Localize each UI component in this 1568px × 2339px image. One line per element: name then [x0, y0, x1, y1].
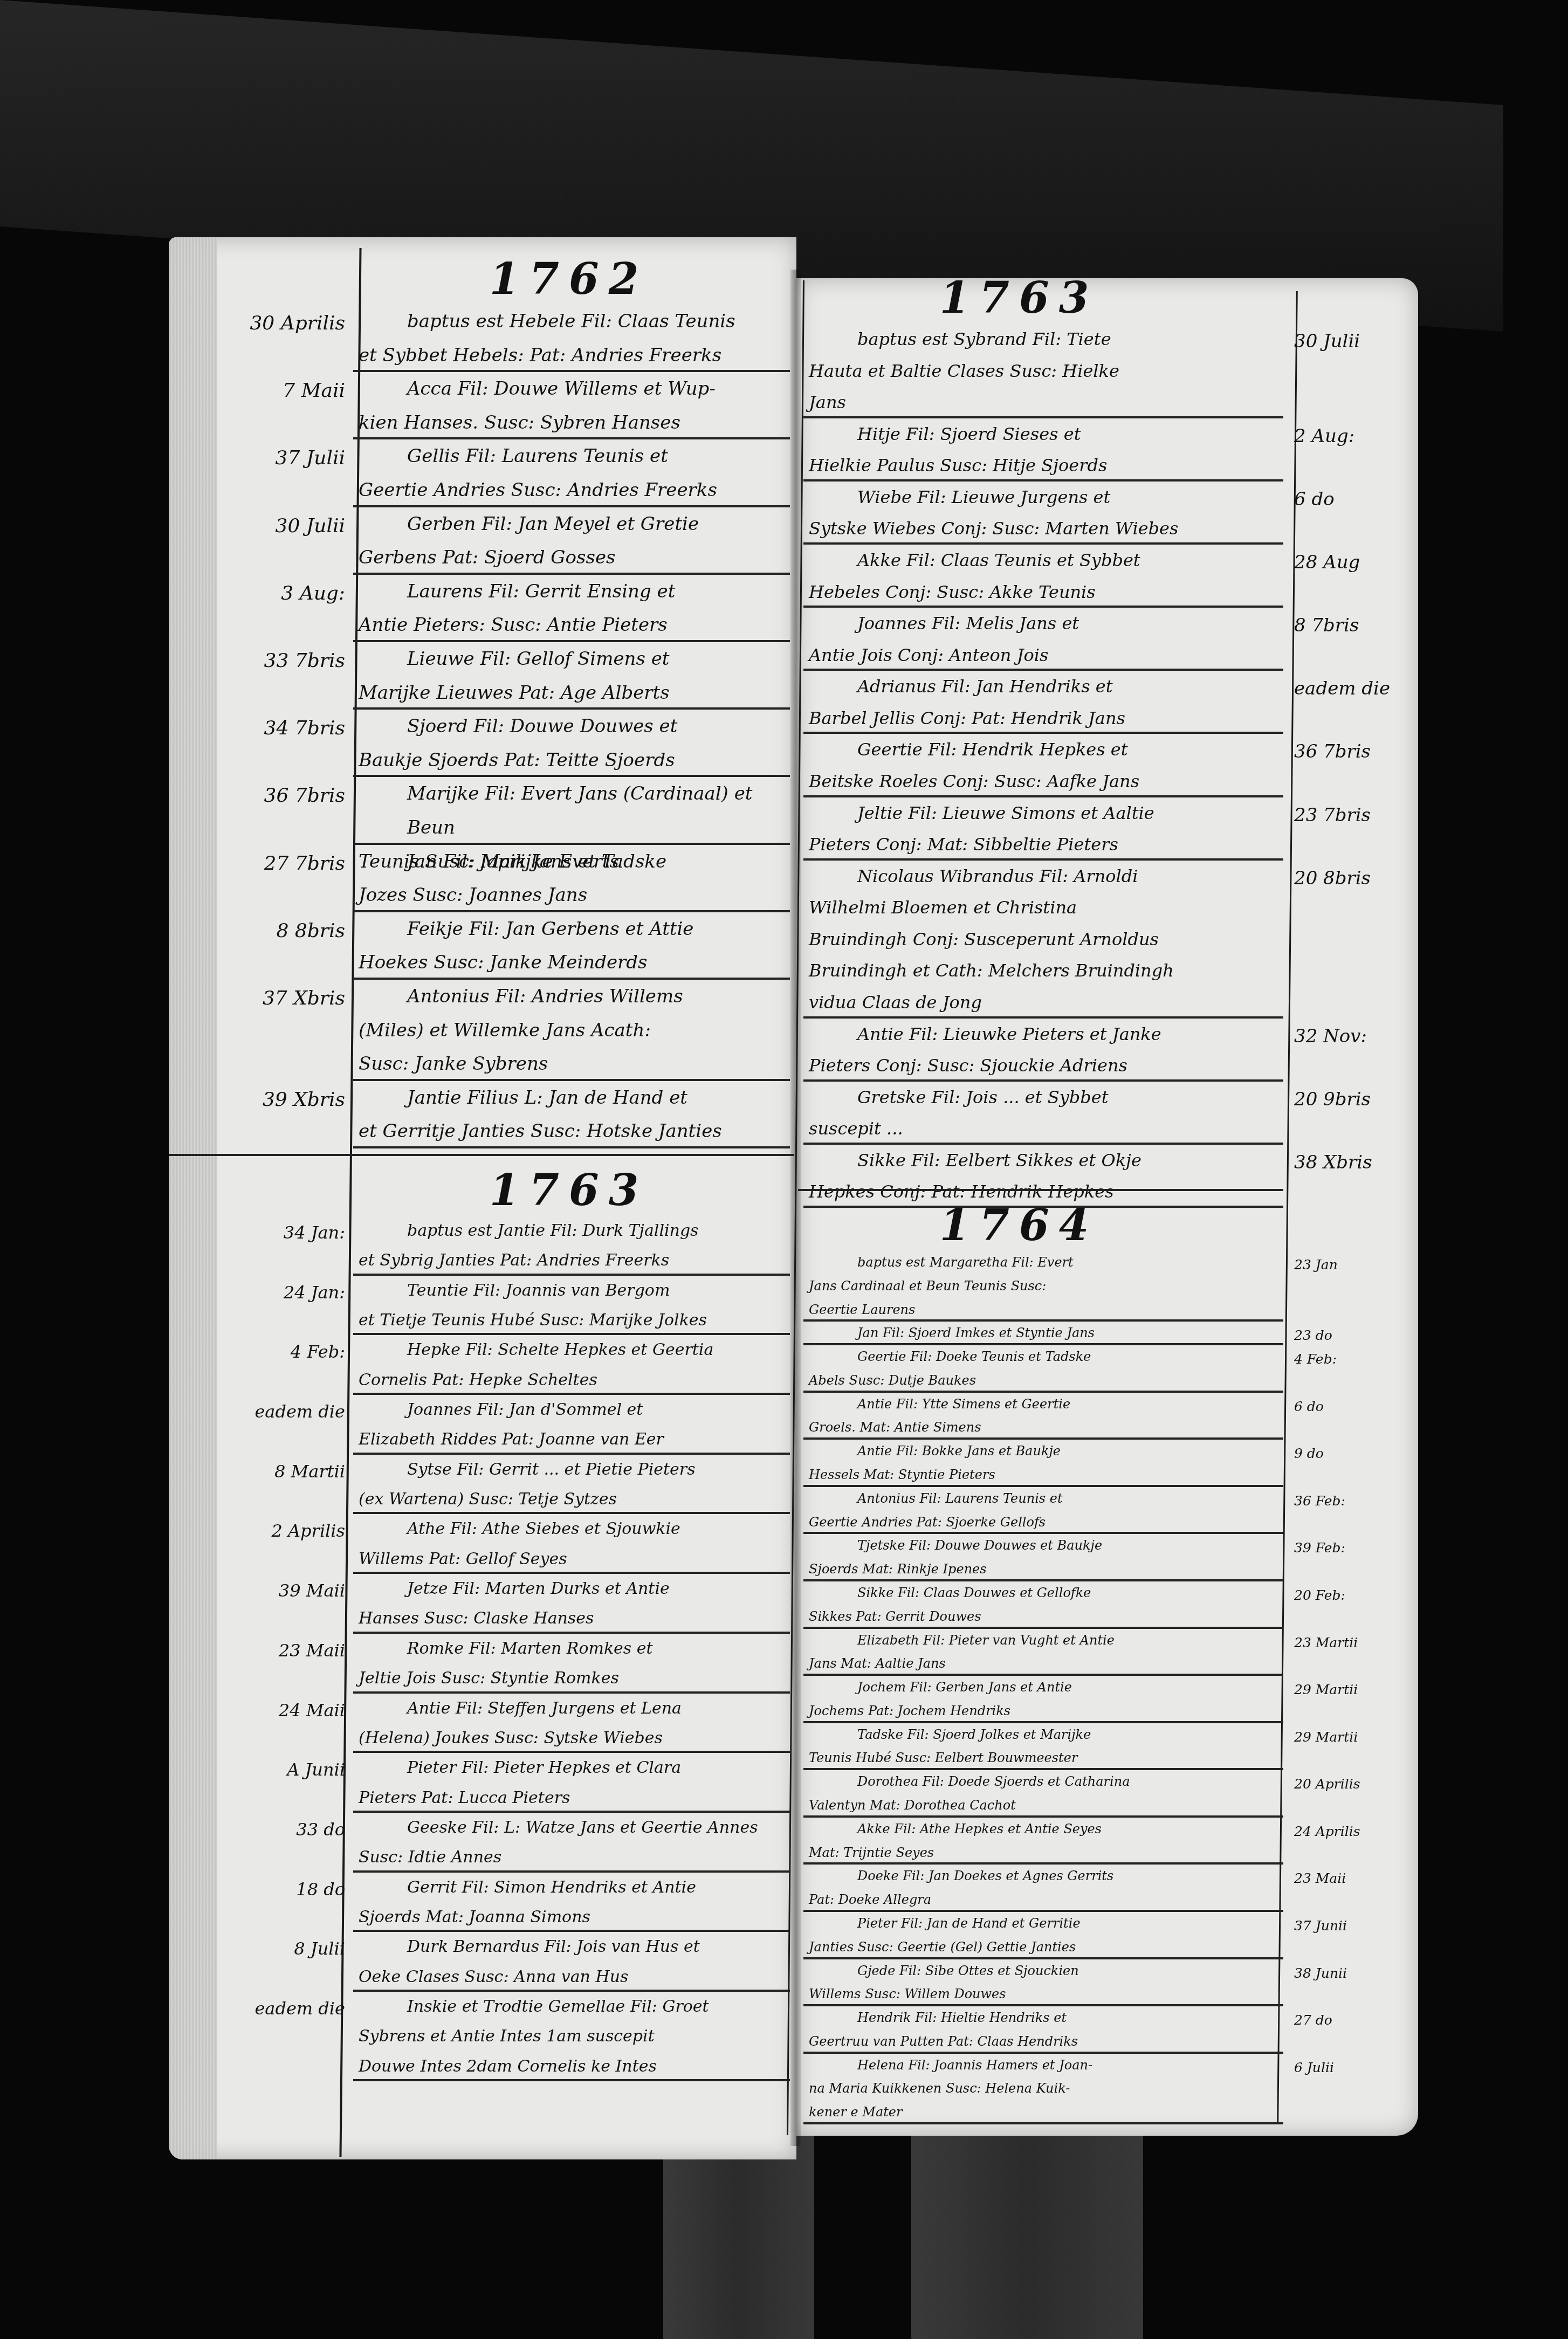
baptism-entry: Pieter Fil: Pieter Hepkes et ClaraPieter… — [353, 1753, 790, 1813]
baptism-entry: Helena Fil: Joannis Hamers et Joan-na Ma… — [803, 2054, 1283, 2124]
entry-date: 23 Jan — [1294, 1253, 1418, 1277]
entry-line: Jochems Pat: Jochem Hendriks — [809, 1700, 1283, 1723]
baptism-entry: Athe Fil: Athe Siebes et SjouwkieWillems… — [353, 1514, 790, 1574]
baptism-entry: Tadske Fil: Sjoerd Jolkes et MarijkeTeun… — [803, 1723, 1283, 1771]
entry-line: et Gerritje Janties Susc: Hotske Janties — [359, 1115, 790, 1148]
entry-date: 20 Aprilis — [1294, 1772, 1418, 1796]
baptism-entry: Antie Fil: Ytte Simens et GeertieGroels.… — [803, 1393, 1283, 1440]
entry-date: eadem die — [178, 1994, 356, 2024]
entry-line: Pieter Fil: Jan de Hand et Gerritie — [809, 1912, 1283, 1936]
baptism-entry: Durk Bernardus Fil: Jois van Hus etOeke … — [353, 1932, 790, 1992]
entry-line: Tadske Fil: Sjoerd Jolkes et Marijke — [809, 1723, 1283, 1747]
entry-date: 39 Xbris — [178, 1083, 356, 1117]
baptism-entry: Gellis Fil: Laurens Teunis etGeertie And… — [353, 439, 790, 507]
entry-date: 20 9bris — [1294, 1084, 1418, 1116]
entry-line: Jeltie Fil: Lieuwe Simons et Aaltie — [809, 797, 1283, 829]
entry-line: Jans — [809, 387, 1283, 418]
entry-date: 37 Julii — [178, 442, 356, 476]
entry-line: Wiebe Fil: Lieuwe Jurgens et — [809, 481, 1283, 513]
entry-line: Abels Susc: Dutje Baukes — [809, 1369, 1283, 1393]
baptism-entry: Lieuwe Fil: Gellof Simens etMarijke Lieu… — [353, 642, 790, 710]
entry-line: Tjetske Fil: Douwe Douwes et Baukje — [809, 1534, 1283, 1558]
baptism-entry: Adrianus Fil: Jan Hendriks etBarbel Jell… — [803, 671, 1283, 734]
baptism-entry: Elizabeth Fil: Pieter van Vught et Antie… — [803, 1629, 1283, 1676]
entry-date: 20 8bris — [1294, 863, 1418, 895]
entry-line: Willems Pat: Gellof Seyes — [359, 1544, 790, 1574]
entry-line: Geertie Fil: Hendrik Hepkes et — [809, 734, 1283, 766]
entry-line: Geeske Fil: L: Watze Jans et Geertie Ann… — [359, 1813, 790, 1842]
entry-date: 6 do — [1294, 484, 1418, 515]
entry-line: Jantie Filius L: Jan de Hand et — [359, 1081, 790, 1115]
entry-date: 36 Feb: — [1294, 1489, 1418, 1513]
entry-date: 36 7bris — [1294, 736, 1418, 768]
entry-date: 8 8bris — [178, 914, 356, 948]
entry-date: 27 7bris — [178, 847, 356, 881]
entry-line: Janties Susc: Geertie (Gel) Gettie Janti… — [809, 1936, 1283, 1959]
entry-line: Hanses Susc: Claske Hanses — [359, 1604, 790, 1633]
baptism-entry: Antie Fil: Bokke Jans et BaukjeHessels M… — [803, 1440, 1283, 1487]
entry-line: Valentyn Mat: Dorothea Cachot — [809, 1794, 1283, 1818]
entry-line: Susc: Janke Sybrens — [359, 1047, 790, 1081]
entry-line: Lieuwe Fil: Gellof Simens et — [359, 642, 790, 676]
entry-line: vidua Claas de Jong — [809, 987, 1283, 1019]
entry-date: 24 Maii — [178, 1696, 356, 1725]
entry-line: Susc: Idtie Annes — [359, 1842, 790, 1872]
entry-line: Jochem Fil: Gerben Jans et Antie — [809, 1676, 1283, 1700]
entry-date: 7 Maii — [178, 374, 356, 408]
baptism-entry: Joannes Fil: Jan d'Sommel etElizabeth Ri… — [353, 1395, 790, 1455]
baptism-entry: Geeske Fil: L: Watze Jans et Geertie Ann… — [353, 1813, 790, 1873]
entry-line: Antonius Fil: Andries Willems — [359, 980, 790, 1014]
entry-line: Hitje Fil: Sjoerd Sieses et — [809, 418, 1283, 450]
entry-line: Marijke Fil: Evert Jans (Cardinaal) et B… — [359, 777, 790, 844]
baptism-entry: Wiebe Fil: Lieuwe Jurgens etSytske Wiebe… — [803, 481, 1283, 545]
baptism-entry: Gerben Fil: Jan Meyel et GretieGerbens P… — [353, 507, 790, 575]
baptism-entry: Geertie Fil: Doeke Teunis et TadskeAbels… — [803, 1345, 1283, 1393]
entry-line: baptus est Margaretha Fil: Evert — [809, 1251, 1283, 1275]
entry-date: 30 Aprilis — [178, 307, 356, 341]
entry-line: Sikkes Pat: Gerrit Douwes — [809, 1605, 1283, 1629]
entry-line: Groels. Mat: Antie Simens — [809, 1416, 1283, 1440]
entry-line: Marijke Lieuwes Pat: Age Alberts — [359, 676, 790, 710]
entry-date: 20 Feb: — [1294, 1584, 1418, 1607]
entry-date: 29 Martii — [1294, 1678, 1418, 1702]
entry-date: 33 do — [178, 1815, 356, 1845]
entry-line: Athe Fil: Athe Siebes et Sjouwkie — [359, 1514, 790, 1544]
year-heading: 1763 — [884, 272, 1154, 323]
entry-date: eadem die — [1294, 673, 1418, 705]
year-heading: 1763 — [434, 1165, 704, 1215]
entry-line: Jan Fil: Sjoerd Imkes et Styntie Jans — [809, 1322, 1283, 1345]
entry-date: 38 Junii — [1294, 1962, 1418, 1985]
entry-line: Romke Fil: Marten Romkes et — [359, 1634, 790, 1663]
baptism-entry: Jeltie Fil: Lieuwe Simons et AaltiePiete… — [803, 797, 1283, 861]
entry-line: Geertruu van Putten Pat: Claas Hendriks — [809, 2030, 1283, 2054]
entry-line: Sjoerds Mat: Rinkje Ipenes — [809, 1558, 1283, 1581]
entry-line: baptus est Sybrand Fil: Tiete — [809, 324, 1283, 355]
entry-line: Joannes Fil: Jan d'Sommel et — [359, 1395, 790, 1425]
entry-line: Wilhelmi Bloemen et Christina — [809, 892, 1283, 924]
baptism-entry: Tjetske Fil: Douwe Douwes et BaukjeSjoer… — [803, 1534, 1283, 1581]
entry-line: Joannes Fil: Melis Jans et — [809, 608, 1283, 639]
baptism-entry: Joannes Fil: Melis Jans etAntie Jois Con… — [803, 608, 1283, 671]
entry-line: Willems Susc: Willem Douwes — [809, 1983, 1283, 2006]
entry-line: Antie Pieters: Susc: Antie Pieters — [359, 608, 790, 642]
entry-line: Barbel Jellis Conj: Pat: Hendrik Jans — [809, 703, 1283, 734]
baptism-entry: Doeke Fil: Jan Doekes et Agnes GerritsPa… — [803, 1865, 1283, 1912]
baptism-entry: Feikje Fil: Jan Gerbens et AttieHoekes S… — [353, 912, 790, 980]
year-heading: 1762 — [434, 253, 704, 304]
entry-line: Teuntie Fil: Joannis van Bergom — [359, 1276, 790, 1305]
entry-line: Cornelis Pat: Hepke Scheltes — [359, 1365, 790, 1395]
baptism-entry: Akke Fil: Athe Hepkes et Antie SeyesMat:… — [803, 1818, 1283, 1865]
entry-date: 30 Julii — [178, 510, 356, 544]
baptism-entry: Sikke Fil: Claas Douwes et GellofkeSikke… — [803, 1581, 1283, 1629]
entry-line: Sytske Wiebes Conj: Susc: Marten Wiebes — [809, 513, 1283, 545]
baptism-entry: baptus est Jantie Fil: Durk Tjallingset … — [353, 1216, 790, 1276]
baptism-entry: Romke Fil: Marten Romkes etJeltie Jois S… — [353, 1634, 790, 1694]
entry-date: 2 Aug: — [1294, 421, 1418, 452]
entry-line: Hebeles Conj: Susc: Akke Teunis — [809, 576, 1283, 608]
entry-line: kien Hanses. Susc: Sybren Hanses — [359, 406, 790, 440]
entry-date: 8 Martii — [178, 1457, 356, 1487]
baptism-entry: Antie Fil: Lieuwke Pieters et JankePiete… — [803, 1019, 1283, 1082]
entry-line: Gerbens Pat: Sjoerd Gosses — [359, 541, 790, 575]
entry-line: Gretske Fil: Jois ... et Sybbet — [809, 1082, 1283, 1113]
entry-line: Antie Fil: Ytte Simens et Geertie — [809, 1393, 1283, 1416]
entry-line: Antie Jois Conj: Anteon Jois — [809, 639, 1283, 671]
entry-line: et Sybbet Hebels: Pat: Andries Freerks — [359, 339, 790, 373]
entry-line: et Sybrig Janties Pat: Andries Freerks — [359, 1246, 790, 1275]
entry-date: 30 Julii — [1294, 326, 1418, 357]
entry-date: 8 Julii — [178, 1934, 356, 1964]
entry-date: 8 7bris — [1294, 610, 1418, 642]
entry-date: 27 do — [1294, 2008, 1418, 2032]
baptism-entry: Nicolaus Wibrandus Fil: ArnoldiWilhelmi … — [803, 861, 1283, 1019]
entry-date: 32 Nov: — [1294, 1021, 1418, 1052]
entry-line: Geertie Fil: Doeke Teunis et Tadske — [809, 1345, 1283, 1369]
entry-line: Hepke Fil: Schelte Hepkes et Geertia — [359, 1335, 790, 1365]
entry-date: 29 Martii — [1294, 1725, 1418, 1749]
entry-line: Pieter Fil: Pieter Hepkes et Clara — [359, 1753, 790, 1783]
entry-line: Antie Fil: Lieuwke Pieters et Janke — [809, 1019, 1283, 1050]
entry-line: Hessels Mat: Styntie Pieters — [809, 1463, 1283, 1487]
baptism-entry: Gjede Fil: Sibe Ottes et SjouckienWillem… — [803, 1959, 1283, 2007]
background-wood-slat — [663, 2135, 814, 2339]
entry-line: Akke Fil: Claas Teunis et Sybbet — [809, 545, 1283, 576]
entry-line: kener e Mater — [809, 2101, 1283, 2124]
entry-date: 18 do — [178, 1875, 356, 1904]
entry-line: Pieters Pat: Lucca Pieters — [359, 1783, 790, 1813]
entry-date: 3 Aug: — [178, 577, 356, 611]
entry-line: Bruindingh et Cath: Melchers Bruindingh — [809, 955, 1283, 987]
entry-line: Inskie et Trodtie Gemellae Fil: Groet — [359, 1992, 790, 2021]
entry-line: Geertie Andries Susc: Andries Freerks — [359, 473, 790, 507]
year-heading: 1764 — [884, 1200, 1154, 1250]
entry-line: Hendrik Fil: Hieltie Hendriks et — [809, 2006, 1283, 2030]
entry-line: Nicolaus Wibrandus Fil: Arnoldi — [809, 861, 1283, 892]
background-wood-slat — [911, 2135, 1143, 2339]
entry-line: Elizabeth Riddes Pat: Joanne van Eer — [359, 1425, 790, 1454]
entry-line: Adrianus Fil: Jan Hendriks et — [809, 671, 1283, 703]
baptism-entry: Jan Fil: Sjoerd Imkes et Styntie Jans — [803, 1322, 1283, 1345]
entry-line: Elizabeth Fil: Pieter van Vught et Antie — [809, 1629, 1283, 1653]
baptism-entry: Pieter Fil: Jan de Hand et GerritieJanti… — [803, 1912, 1283, 1959]
entry-line: na Maria Kuikkenen Susc: Helena Kuik- — [809, 2077, 1283, 2101]
entry-date: 33 7bris — [178, 644, 356, 678]
entry-line: Geertie Andries Pat: Sjoerke Gellofs — [809, 1511, 1283, 1535]
entry-line: Jozes Susc: Joannes Jans — [359, 878, 790, 912]
entry-line: Gellis Fil: Laurens Teunis et — [359, 439, 790, 473]
entry-line: Jetze Fil: Marten Durks et Antie — [359, 1574, 790, 1604]
baptism-entry: Hitje Fil: Sjoerd Sieses etHielkie Paulu… — [803, 418, 1283, 481]
entry-line: Antonius Fil: Laurens Teunis et — [809, 1487, 1283, 1511]
entry-line: Jans Mat: Aaltie Jans — [809, 1652, 1283, 1676]
entry-date: 24 Jan: — [178, 1278, 356, 1308]
entry-date: 6 do — [1294, 1395, 1418, 1419]
baptism-entry: Dorothea Fil: Doede Sjoerds et Catharina… — [803, 1770, 1283, 1818]
entry-date: 4 Feb: — [1294, 1347, 1418, 1371]
entry-line: Sjoerd Fil: Douwe Douwes et — [359, 710, 790, 744]
baptism-entry: Jantie Filius L: Jan de Hand etet Gerrit… — [353, 1081, 790, 1148]
baptism-entry: Antonius Fil: Andries Willems(Miles) et … — [353, 980, 790, 1081]
baptism-entry: Jochem Fil: Gerben Jans et AntieJochems … — [803, 1676, 1283, 1723]
entry-date: 23 7bris — [1294, 800, 1418, 831]
entry-date: 2 Aprilis — [178, 1516, 356, 1546]
entry-line: Gerben Fil: Jan Meyel et Gretie — [359, 507, 790, 541]
entry-line: suscepit ... — [809, 1113, 1283, 1145]
baptism-entry: Sjoerd Fil: Douwe Douwes etBaukje Sjoerd… — [353, 710, 790, 777]
baptism-entry: Antie Fil: Steffen Jurgens et Lena(Helen… — [353, 1694, 790, 1753]
year-separator-rule — [169, 1154, 794, 1156]
entry-date: 37 Junii — [1294, 1914, 1418, 1938]
entry-line: Akke Fil: Athe Hepkes et Antie Seyes — [809, 1818, 1283, 1841]
entry-date: 23 Maii — [178, 1636, 356, 1666]
entry-date: 39 Feb: — [1294, 1536, 1418, 1560]
baptism-entry: Teuntie Fil: Joannis van Bergomet Tietje… — [353, 1276, 790, 1336]
entry-line: Douwe Intes 2dam Cornelis ke Intes — [359, 2052, 790, 2081]
entry-date: 38 Xbris — [1294, 1147, 1418, 1179]
entry-line: Laurens Fil: Gerrit Ensing et — [359, 575, 790, 609]
baptism-entry: Akke Fil: Claas Teunis et SybbetHebeles … — [803, 545, 1283, 608]
entry-line: Gerrit Fil: Simon Hendriks et Antie — [359, 1873, 790, 1902]
entry-line: baptus est Jantie Fil: Durk Tjallings — [359, 1216, 790, 1246]
entry-line: Geertie Laurens — [809, 1298, 1283, 1322]
entry-line: Mat: Trijntie Seyes — [809, 1841, 1283, 1865]
entry-line: Jeltie Jois Susc: Styntie Romkes — [359, 1663, 790, 1693]
entry-date: 23 Martii — [1294, 1631, 1418, 1655]
entry-line: Doeke Fil: Jan Doekes et Agnes Gerrits — [809, 1865, 1283, 1888]
entry-date: 34 7bris — [178, 712, 356, 746]
entry-line: (ex Wartena) Susc: Tetje Sytzes — [359, 1484, 790, 1514]
entry-line: Dorothea Fil: Doede Sjoerds et Catharina — [809, 1770, 1283, 1794]
entry-line: Sjoerds Mat: Joanna Simons — [359, 1902, 790, 1932]
entry-line: Hoekes Susc: Janke Meinderds — [359, 946, 790, 980]
entry-date: 24 Aprilis — [1294, 1820, 1418, 1843]
baptism-entry: Gretske Fil: Jois ... et Sybbetsuscepit … — [803, 1082, 1283, 1145]
entry-date: 34 Jan: — [178, 1218, 356, 1248]
baptism-entry: Sytse Fil: Gerrit ... et Pietie Pieters(… — [353, 1455, 790, 1515]
entry-line: Beitske Roeles Conj: Susc: Aafke Jans — [809, 766, 1283, 797]
entry-line: Pieters Conj: Susc: Sjouckie Adriens — [809, 1050, 1283, 1082]
baptism-entry: Antonius Fil: Laurens Teunis etGeertie A… — [803, 1487, 1283, 1535]
baptism-entry: Sikke Fil: Eelbert Sikkes et OkjeHepkes … — [803, 1145, 1283, 1208]
entry-line: (Helena) Joukes Susc: Sytske Wiebes — [359, 1723, 790, 1753]
entry-line: Hauta et Baltie Clases Susc: Hielke — [809, 355, 1283, 387]
entry-date: 36 7bris — [178, 779, 356, 813]
entry-line: Gjede Fil: Sibe Ottes et Sjouckien — [809, 1959, 1283, 1983]
entry-line: Pat: Doeke Allegra — [809, 1888, 1283, 1912]
entry-date: 4 Feb: — [178, 1337, 356, 1367]
entry-line: Jans Cardinaal et Beun Teunis Susc: — [809, 1275, 1283, 1298]
baptism-entry: Geertie Fil: Hendrik Hepkes etBeitske Ro… — [803, 734, 1283, 797]
baptism-entry: Marijke Fil: Evert Jans (Cardinaal) et B… — [353, 777, 790, 844]
baptism-entry: baptus est Margaretha Fil: EvertJans Car… — [803, 1251, 1283, 1322]
entry-date: 39 Maii — [178, 1576, 356, 1606]
baptism-entry: Gerrit Fil: Simon Hendriks et AntieSjoer… — [353, 1873, 790, 1932]
entry-line: Jan Fil: Japik Jans et Tadske — [359, 845, 790, 879]
baptism-entry: baptus est Hebele Fil: Claas Teuniset Sy… — [353, 305, 790, 372]
entry-line: Antie Fil: Steffen Jurgens et Lena — [359, 1694, 790, 1723]
entry-line: Baukje Sjoerds Pat: Teitte Sjoerds — [359, 744, 790, 778]
baptism-entry: Hendrik Fil: Hieltie Hendriks etGeertruu… — [803, 2006, 1283, 2054]
entry-line: Pieters Conj: Mat: Sibbeltie Pieters — [809, 829, 1283, 861]
entry-line: Sikke Fil: Eelbert Sikkes et Okje — [809, 1145, 1283, 1177]
entry-line: Oeke Clases Susc: Anna van Hus — [359, 1962, 790, 1992]
entry-line: Hielkie Paulus Susc: Hitje Sjoerds — [809, 450, 1283, 481]
entry-line: Sybrens et Antie Intes 1am suscepit — [359, 2021, 790, 2051]
entry-line: Durk Bernardus Fil: Jois van Hus et — [359, 1932, 790, 1962]
entry-date: 23 do — [1294, 1324, 1418, 1347]
entry-date: 9 do — [1294, 1442, 1418, 1466]
entry-line: Sikke Fil: Claas Douwes et Gellofke — [809, 1581, 1283, 1605]
baptism-entry: Acca Fil: Douwe Willems et Wup-kien Hans… — [353, 372, 790, 439]
entry-line: (Miles) et Willemke Jans Acath: — [359, 1014, 790, 1048]
entry-line: Sytse Fil: Gerrit ... et Pietie Pieters — [359, 1455, 790, 1484]
baptism-entry: Hepke Fil: Schelte Hepkes et GeertiaCorn… — [353, 1335, 790, 1395]
entry-line: et Tietje Teunis Hubé Susc: Marijke Jolk… — [359, 1305, 790, 1335]
entry-date: 6 Julii — [1294, 2056, 1418, 2080]
year-separator-rule — [798, 1189, 1283, 1191]
entry-line: Antie Fil: Bokke Jans et Baukje — [809, 1440, 1283, 1463]
entry-date: 28 Aug — [1294, 547, 1418, 579]
baptism-entry: Inskie et Trodtie Gemellae Fil: GroetSyb… — [353, 1992, 790, 2081]
baptism-entry: Jetze Fil: Marten Durks et AntieHanses S… — [353, 1574, 790, 1634]
entry-line: Bruindingh Conj: Susceperunt Arnoldus — [809, 924, 1283, 955]
baptism-entry: baptus est Sybrand Fil: TieteHauta et Ba… — [803, 324, 1283, 418]
entry-line: Feikje Fil: Jan Gerbens et Attie — [359, 912, 790, 946]
entry-line: Acca Fil: Douwe Willems et Wup- — [359, 372, 790, 406]
baptism-entry: Jan Fil: Japik Jans et TadskeJozes Susc:… — [353, 845, 790, 912]
entry-line: Teunis Hubé Susc: Eelbert Bouwmeester — [809, 1746, 1283, 1770]
entry-line: Helena Fil: Joannis Hamers et Joan- — [809, 2054, 1283, 2077]
entry-line: baptus est Hebele Fil: Claas Teunis — [359, 305, 790, 339]
entry-date: 37 Xbris — [178, 982, 356, 1016]
entry-date: 23 Maii — [1294, 1867, 1418, 1890]
baptism-entry: Laurens Fil: Gerrit Ensing etAntie Piete… — [353, 575, 790, 642]
entry-date: eadem die — [178, 1397, 356, 1427]
entry-date: A Junii — [178, 1755, 356, 1785]
